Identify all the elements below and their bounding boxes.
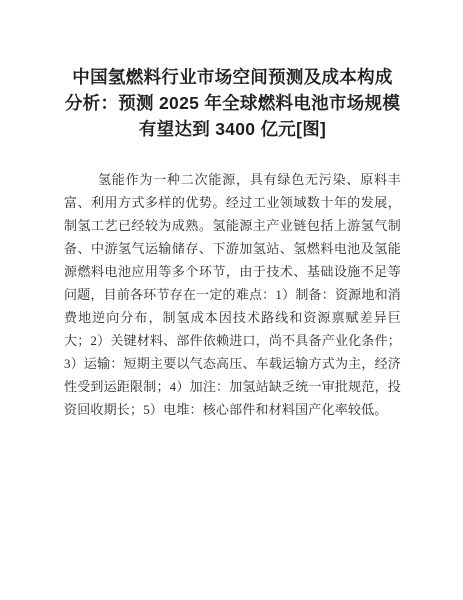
article-body: 氢能作为一种二次能源，具有绿色无污染、原料丰富、利用方式多样的优势。经过工业领域… (64, 168, 401, 421)
document-page: 中国氢燃料行业市场空间预测及成本构成分析：预测 2025 年全球燃料电池市场规模… (0, 0, 463, 600)
article-title: 中国氢燃料行业市场空间预测及成本构成分析：预测 2025 年全球燃料电池市场规模… (64, 64, 401, 142)
